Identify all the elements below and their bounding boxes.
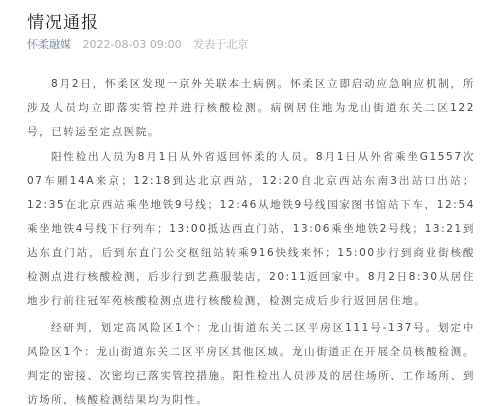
paragraph-1: 8月2日，怀柔区发现一京外关联本土病例。怀柔区立即启动应急响应机制，所涉及人员均… [27,72,475,144]
paragraph-2: 阳性检出人员为8月1日从外省返回怀柔的人员。8月1日从外省乘坐G1557次07车… [27,145,475,313]
publish-date: 2022-08-03 09:00 [83,38,182,51]
paragraph-3: 经研判，划定高风险区1个：龙山街道东关二区平房区111号-137号。划定中风险区… [27,316,475,406]
publish-location: 发表于北京 [193,38,248,51]
article: 情况通报 怀柔融媒 2022-08-03 09:00 发表于北京 8月2日，怀柔… [0,0,499,406]
article-title: 情况通报 [27,8,99,33]
source-link[interactable]: 怀柔融媒 [27,38,71,51]
article-meta: 怀柔融媒 2022-08-03 09:00 发表于北京 [27,36,248,52]
